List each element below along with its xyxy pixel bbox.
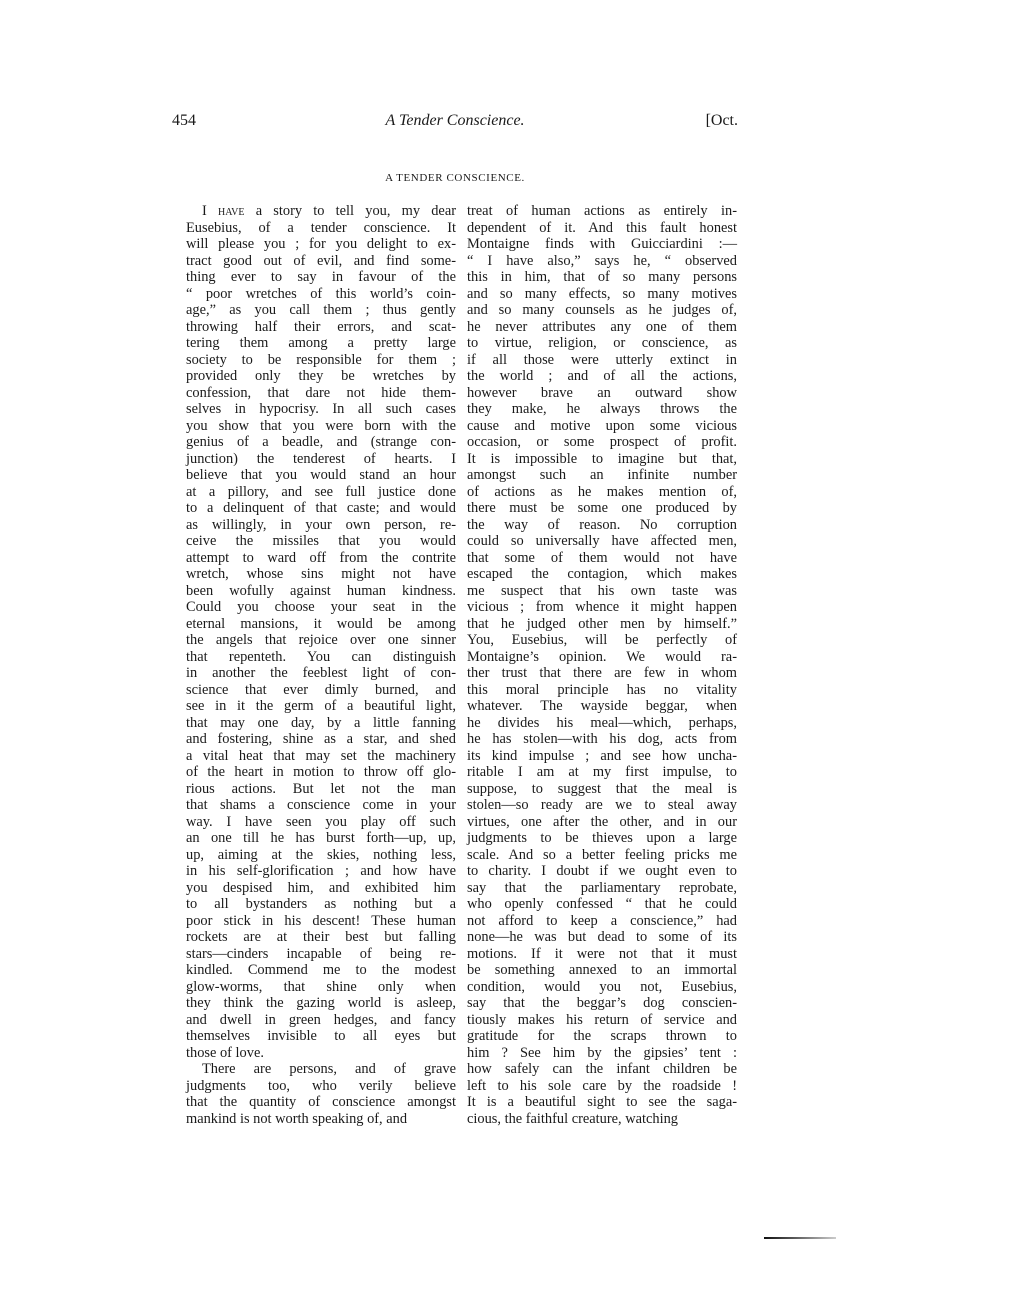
text-line: to virtue, religion, or conscience, as xyxy=(467,335,737,352)
text-line: in his self-glorification ; and how have xyxy=(186,863,456,880)
text-line: eternal mansions, it would be among xyxy=(186,616,456,633)
text-line: and fostering, shine as a star, and shed xyxy=(186,731,456,748)
text-line: to a delinquent of that caste; and would xyxy=(186,500,456,517)
text-line: ther trust that there are few in whom xyxy=(467,665,737,682)
text-line: they make, he always throws the xyxy=(467,401,737,418)
text-line: selves in hypocrisy. In all such cases xyxy=(186,401,456,418)
text-line: not afford to keep a conscience,” had xyxy=(467,913,737,930)
text-line: at a pillory, and see full justice done xyxy=(186,484,456,501)
text-line: Could you choose your seat in the xyxy=(186,599,456,616)
text-line: tract good out of evil, and find some- xyxy=(186,253,456,270)
text-line: glow-worms, that shine only when xyxy=(186,979,456,996)
text-line: ceive the missiles that you would xyxy=(186,533,456,550)
text-line: rious actions. But let not the man xyxy=(186,781,456,798)
text-line: how safely can the infant children be xyxy=(467,1061,737,1078)
text-line: judgments too, who verily believe xyxy=(186,1078,456,1095)
text-line: he never attributes any one of them xyxy=(467,319,737,336)
text-line: suppose, to suggest that the meal is xyxy=(467,781,737,798)
printer-dash-mark xyxy=(764,1237,836,1239)
text-line: however brave an outward show xyxy=(467,385,737,402)
text-line: “ I have also,” says he, “ observed xyxy=(467,253,737,270)
text-line: cious, the faithful creature, watching xyxy=(467,1111,737,1128)
text-line: cause and motive upon some vicious xyxy=(467,418,737,435)
text-line: that he judged other men by himself.” xyxy=(467,616,737,633)
text-line: “ poor wretches of this world’s coin- xyxy=(186,286,456,303)
text-line: a vital heat that may set the machinery xyxy=(186,748,456,765)
text-line: scale. And so a better feeling pricks me xyxy=(467,847,737,864)
text-line: that may one day, by a little fanning xyxy=(186,715,456,732)
text-line: vicious ; from whence it might happen xyxy=(467,599,737,616)
text-line: escaped the contagion, which makes xyxy=(467,566,737,583)
text-line: poor stick in his descent! These human xyxy=(186,913,456,930)
right-column: treat of human actions as entirely in-de… xyxy=(467,203,737,1127)
text-line: I have a story to tell you, my dear xyxy=(186,203,456,220)
text-line: stolen—so ready are we to steal away xyxy=(467,797,737,814)
text-line: none—he was but dead to some of its xyxy=(467,929,737,946)
text-line: and dwell in green hedges, and fancy xyxy=(186,1012,456,1029)
date-marker: [Oct. xyxy=(706,112,738,130)
text-line: kindled. Commend me to the modest xyxy=(186,962,456,979)
text-line: this moral principle has no vitality xyxy=(467,682,737,699)
text-line: been wofully against human kindness. xyxy=(186,583,456,600)
text-line: occasion, or some prospect of profit. xyxy=(467,434,737,451)
text-line: tiously makes his return of service and xyxy=(467,1012,737,1029)
text-line: motions. If it were not that it must xyxy=(467,946,737,963)
text-line: left to his sole care by the roadside ! xyxy=(467,1078,737,1095)
text-line: It is a beautiful sight to see the saga- xyxy=(467,1094,737,1111)
text-line: stars—cinders incapable of being re- xyxy=(186,946,456,963)
text-line: society to be responsible for them ; xyxy=(186,352,456,369)
text-line: judgments to be thieves upon a large xyxy=(467,830,737,847)
text-line: There are persons, and of grave xyxy=(186,1061,456,1078)
text-line: rockets are at their best but falling xyxy=(186,929,456,946)
text-line: virtues, one after the other, and in our xyxy=(467,814,737,831)
text-line: treat of human actions as entirely in- xyxy=(467,203,737,220)
text-line: be something annexed to an immortal xyxy=(467,962,737,979)
running-title: A Tender Conscience. xyxy=(172,112,738,130)
text-line: confession, that dare not hide them- xyxy=(186,385,456,402)
text-line: condition, would you not, Eusebius, xyxy=(467,979,737,996)
text-line: you show that you were born with the xyxy=(186,418,456,435)
text-line: tering them among a pretty large xyxy=(186,335,456,352)
text-line: wretch, whose sins might not have xyxy=(186,566,456,583)
text-line: they think the gazing world is asleep, xyxy=(186,995,456,1012)
text-line: to all bystanders as nothing but a xyxy=(186,896,456,913)
running-head: 454 A Tender Conscience. [Oct. xyxy=(172,112,738,134)
text-line: those of love. xyxy=(186,1045,456,1062)
text-line: themselves invisible to all eyes but xyxy=(186,1028,456,1045)
text-line: genius of a beadle, and (strange con- xyxy=(186,434,456,451)
text-line: could so universally have affected men, xyxy=(467,533,737,550)
text-line: this in him, that of so many persons xyxy=(467,269,737,286)
text-line: and so many counsels as he judges of, xyxy=(467,302,737,319)
text-line: provided only they be wretches by xyxy=(186,368,456,385)
text-line: It is impossible to imagine but that, xyxy=(467,451,737,468)
text-line: there must be some one produced by xyxy=(467,500,737,517)
text-line: an one till he has burst forth—up, up, xyxy=(186,830,456,847)
text-line: him ? See him by the gipsies’ tent : xyxy=(467,1045,737,1062)
text-line: will please you ; for you delight to ex- xyxy=(186,236,456,253)
text-line: mankind is not worth speaking of, and xyxy=(186,1111,456,1128)
left-column: I have a story to tell you, my dearEuseb… xyxy=(186,203,456,1127)
text-line: he divides his meal—which, perhaps, xyxy=(467,715,737,732)
text-line: say that the beggar’s dog conscien- xyxy=(467,995,737,1012)
text-line: as willingly, in your own person, re- xyxy=(186,517,456,534)
text-line: the way of reason. No corruption xyxy=(467,517,737,534)
text-line: if all those were utterly extinct in xyxy=(467,352,737,369)
text-line: science that ever dimly burned, and xyxy=(186,682,456,699)
text-line: of the heart in motion to throw off glo- xyxy=(186,764,456,781)
text-line: thing ever to say in favour of the xyxy=(186,269,456,286)
text-line: of actions as he makes mention of, xyxy=(467,484,737,501)
text-line: that some of them would not have xyxy=(467,550,737,567)
text-line: its kind impulse ; and see how uncha- xyxy=(467,748,737,765)
article-title: A TENDER CONSCIENCE. xyxy=(172,172,738,184)
text-line: say that the parliamentary reprobate, xyxy=(467,880,737,897)
text-line: Montaigne’s opinion. We would ra- xyxy=(467,649,737,666)
text-line: that shams a conscience come in your xyxy=(186,797,456,814)
text-line: that the quantity of conscience amongst xyxy=(186,1094,456,1111)
text-line: that repenteth. You can distinguish xyxy=(186,649,456,666)
text-line: you despised him, and exhibited him xyxy=(186,880,456,897)
text-line: ritable I am at my first impulse, to xyxy=(467,764,737,781)
text-line: the world ; and of all the actions, xyxy=(467,368,737,385)
text-line: junction) the tenderest of hearts. I xyxy=(186,451,456,468)
text-line: who openly confessed “ that he could xyxy=(467,896,737,913)
text-line: me suspect that his own taste was xyxy=(467,583,737,600)
text-line: and so many effects, so many motives xyxy=(467,286,737,303)
text-line: You, Eusebius, will be perfectly of xyxy=(467,632,737,649)
opening-smallcaps: have xyxy=(218,203,244,219)
text-line: Montaigne finds with Guicciardini :— xyxy=(467,236,737,253)
text-line: age,” as you call them ; thus gently xyxy=(186,302,456,319)
text-line: the angels that rejoice over one sinner xyxy=(186,632,456,649)
text-line: in another the feeblest light of con- xyxy=(186,665,456,682)
text-line: see in it the germ of a beautiful light, xyxy=(186,698,456,715)
text-line: Eusebius, of a tender conscience. It xyxy=(186,220,456,237)
text-line: attempt to ward off from the contrite xyxy=(186,550,456,567)
text-line: gratitude for the scraps thrown to xyxy=(467,1028,737,1045)
text-line: believe that you would stand an hour xyxy=(186,467,456,484)
text-line: way. I have seen you play off such xyxy=(186,814,456,831)
text-line: dependent of it. And this fault honest xyxy=(467,220,737,237)
text-line: up, aiming at the skies, nothing less, xyxy=(186,847,456,864)
text-line: to charity. I doubt if we ought even to xyxy=(467,863,737,880)
text-line: amongst such an infinite number xyxy=(467,467,737,484)
text-line: whatever. The wayside beggar, when xyxy=(467,698,737,715)
text-line: he has stolen—with his dog, acts from xyxy=(467,731,737,748)
text-line: throwing half their errors, and scat- xyxy=(186,319,456,336)
